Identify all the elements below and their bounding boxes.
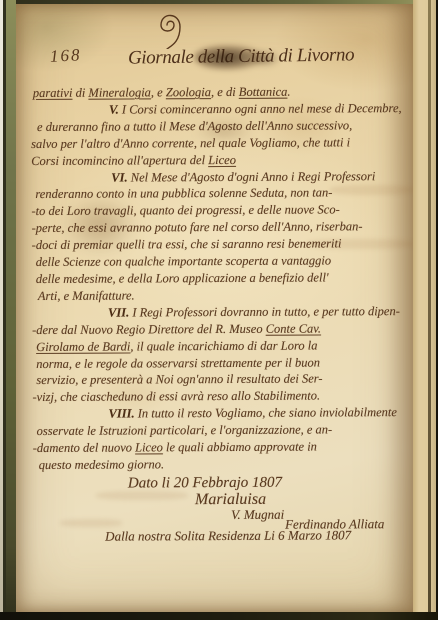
text-segment: osservate le Istruzioni particolari, e l…: [37, 423, 333, 439]
text-segment: e dureranno fino a tutto il Mese d'Agost…: [37, 118, 352, 134]
manuscript-line: Corsi incomincino all'apertura del Liceo: [31, 151, 415, 170]
underlined-text: Girolamo de Bardi: [36, 339, 130, 353]
text-segment: servizio, e presenterà a Noi ogn'anno il…: [36, 372, 322, 387]
text-segment: delle medesime, e della Loro applicazion…: [36, 270, 329, 286]
manuscript-line: e dureranno fino a tutto il Mese d'Agost…: [37, 117, 415, 136]
manuscript-line: -dere dal Nuovo Regio Direttore del R. M…: [32, 320, 416, 339]
text-segment: di: [72, 86, 88, 100]
paragraph-numeral: VII.: [108, 305, 129, 319]
text-segment: V. Mugnai: [231, 506, 284, 521]
text-segment: .: [287, 85, 290, 99]
manuscript-line: delle medesime, e della Loro applicazion…: [36, 269, 416, 288]
binding-strip: [6, 0, 16, 620]
ink-blot: [250, 50, 280, 67]
text-segment: -vizj, che ciascheduno di essi avrà reso…: [32, 389, 320, 405]
text-segment: Nel Mese d'Agosto d'ogni Anno i Regi Pro…: [128, 169, 376, 184]
text-segment: I Corsi cominceranno ogni anno nel mese …: [119, 101, 402, 116]
manuscript-line: Arti, e Manifatture.: [38, 286, 416, 305]
manuscript-line: norma, e le regole da osservarsi stretta…: [36, 353, 416, 372]
text-segment: Dalla nostra Solita Residenza Li 6 Marzo…: [105, 528, 351, 544]
text-segment: -perte, che essi avranno potuto fare nel…: [32, 220, 363, 236]
page-number: 168: [49, 45, 82, 67]
text-segment: , il quale incarichiamo di dar Loro la: [130, 338, 317, 353]
paragraph-numeral: VIII.: [108, 407, 134, 421]
text-segment: , e di: [211, 85, 239, 99]
manuscript-line: salvo per l'altro d'Anno corrente, nel q…: [31, 134, 415, 153]
text-segment: Dato li 20 Febbrajo 1807: [128, 475, 282, 492]
manuscript-line: osservate le Istruzioni particolari, e l…: [37, 421, 417, 440]
text-segment: delle Scienze con qualche importante sco…: [36, 254, 331, 270]
manuscript-line: -doci di premiar quelli tra essi, che si…: [32, 235, 416, 254]
paragraph-numeral: V.: [109, 102, 119, 116]
manuscript-line: V. I Corsi cominceranno ogni anno nel me…: [109, 100, 415, 119]
text-segment: le quali abbiamo approvate in: [163, 440, 317, 455]
manuscript-line: questo medesimo giorno.: [39, 455, 417, 474]
book-top-edge: [0, 0, 438, 4]
underlined-text: Liceo: [208, 153, 236, 167]
underlined-text: parativi: [33, 86, 73, 100]
manuscript-line: VI. Nel Mese d'Agosto d'ogni Anno i Regi…: [111, 168, 415, 186]
text-segment: , e: [151, 85, 166, 99]
manuscript-line: Girolamo de Bardi, il quale incarichiamo…: [36, 337, 416, 356]
manuscript-line: -damento del nuovo Liceo le quali abbiam…: [33, 438, 417, 457]
manuscript-line: delle Scienze con qualche importante sco…: [36, 252, 416, 271]
text-segment: Corsi incomincino all'apertura del: [31, 153, 208, 168]
text-segment: -damento del nuovo: [33, 440, 135, 455]
text-segment: -dere dal Nuovo Regio Direttore del R. M…: [32, 321, 266, 336]
flourish-icon: [146, 3, 186, 49]
manuscript-line: VII. I Regi Professori dovranno in tutto…: [108, 303, 416, 322]
manuscript-line: servizio, e presenterà a Noi ogn'anno il…: [36, 370, 416, 389]
underlined-text: Bottanica: [239, 85, 288, 99]
text-segment: I Regi Professori dovranno in tutto, e p…: [129, 304, 400, 319]
manuscript-photo: 168 Giornale della Città di Livorno para…: [0, 0, 438, 620]
text-segment: salvo per l'altro d'Anno corrente, nel q…: [31, 135, 350, 151]
text-segment: Marialuisa: [195, 491, 266, 508]
manuscript-line: -perte, che essi avranno potuto fare nel…: [32, 218, 416, 237]
underlined-text: Zoologia: [166, 85, 211, 99]
underlined-text: Mineralogia: [88, 85, 151, 99]
manuscript-line: VIII. In tutto il resto Vogliamo, che si…: [108, 404, 416, 423]
book-bottom-edge: [0, 612, 438, 620]
fore-edge-leaves: [413, 0, 428, 620]
dateline: Dato li 20 Febbrajo 1807: [128, 474, 417, 492]
underlined-text: Conte Cav.: [266, 321, 321, 335]
text-segment: In tutto il resto Vogliamo, che siano in…: [135, 405, 397, 420]
text-segment: -doci di premiar quelli tra essi, che si…: [32, 237, 342, 253]
paragraph-numeral: VI.: [111, 170, 127, 184]
text-segment: renderanno conto in una pubblica solenne…: [35, 186, 332, 202]
text-segment: norma, e le regole da osservarsi stretta…: [36, 355, 320, 370]
underlined-text: Liceo: [135, 440, 163, 454]
manuscript-line: -vizj, che ciascheduno di essi avrà reso…: [32, 387, 416, 406]
manuscript-line: renderanno conto in una pubblica solenne…: [35, 184, 415, 203]
manuscript-line: -to dei Loro travagli, quanto dei progre…: [31, 201, 415, 220]
manuscript-body: parativi di Mineralogia, e Zoologia, e d…: [31, 83, 417, 546]
manuscript-line: parativi di Mineralogia, e Zoologia, e d…: [33, 83, 415, 102]
text-segment: questo medesimo giorno.: [39, 457, 164, 472]
text-segment: Arti, e Manifatture.: [38, 288, 135, 303]
text-segment: -to dei Loro travagli, quanto dei progre…: [31, 203, 339, 219]
